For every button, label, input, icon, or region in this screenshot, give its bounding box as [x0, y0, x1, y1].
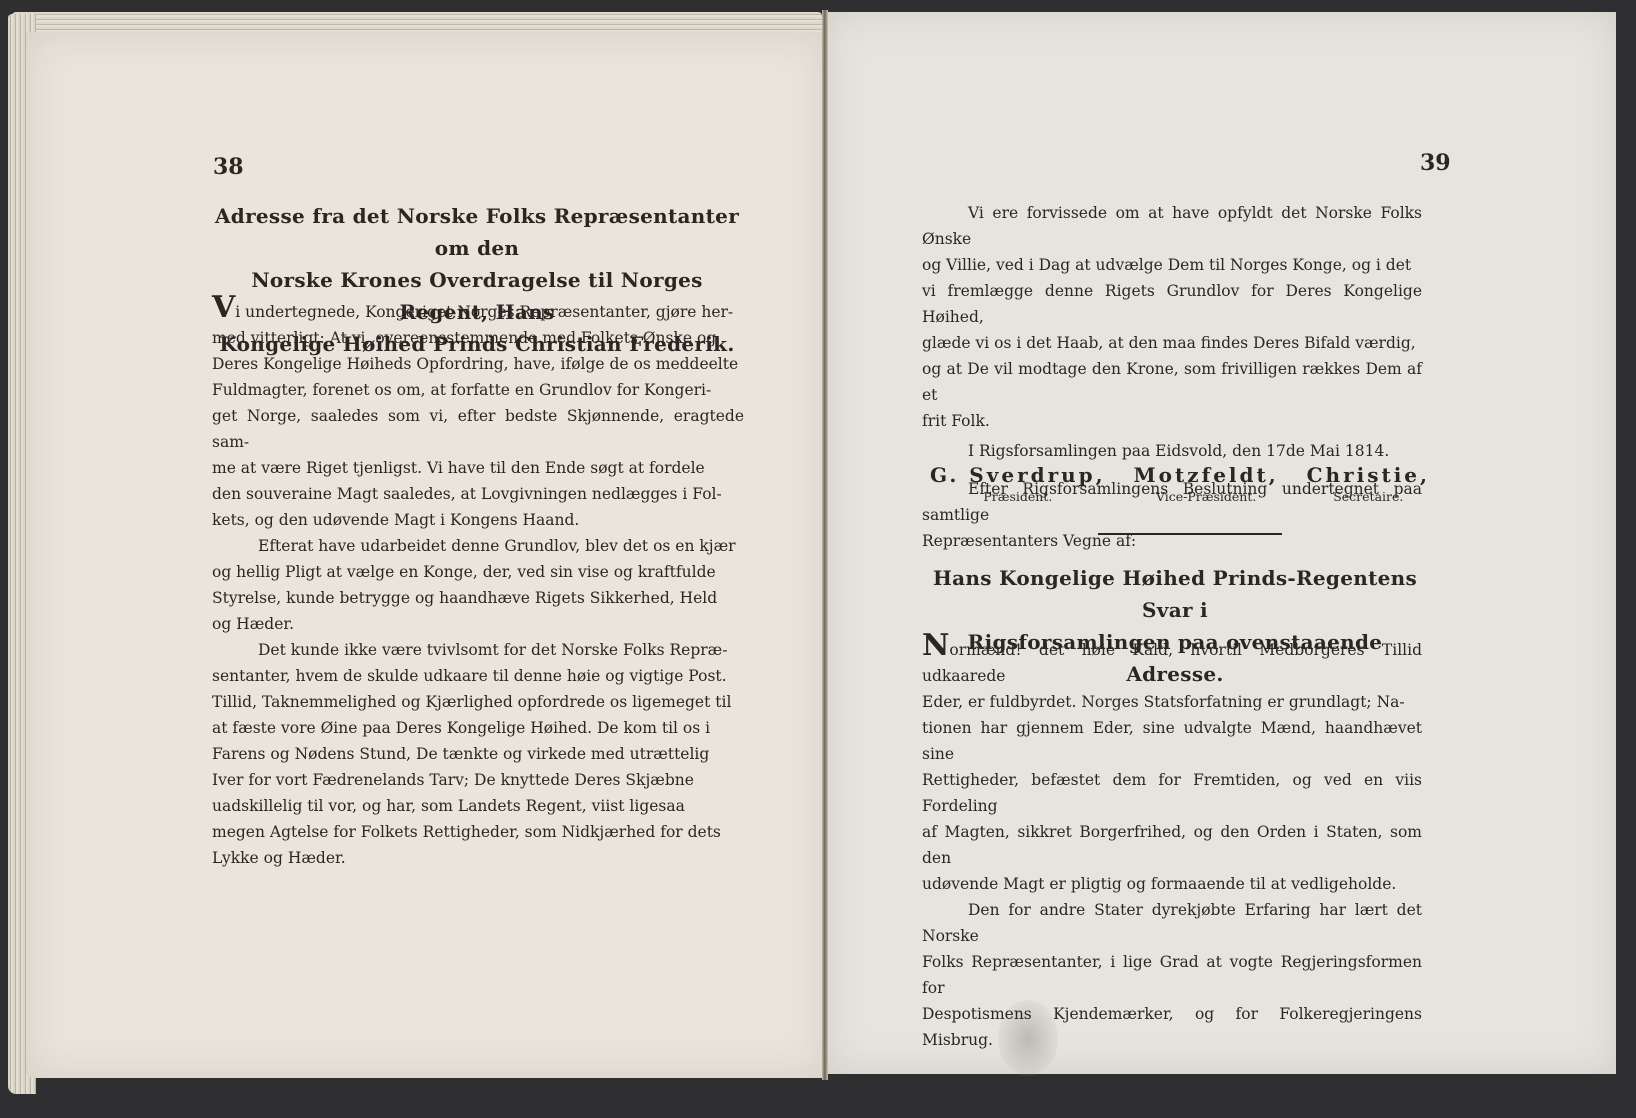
title-line: Hans Kongelige Høihed Prinds-Regentens S…: [920, 562, 1430, 626]
text-line: frit Folk.: [922, 408, 1422, 434]
left-body: Vi undertegnede, Kongeriget Norges Repræ…: [212, 298, 744, 871]
paragraph: Vi undertegnede, Kongeriget Norges Repræ…: [212, 298, 744, 325]
section-divider: [1098, 533, 1282, 535]
text-line: Efterat have udarbeidet denne Grundlov, …: [212, 533, 744, 559]
text-line: Det kunde ikke være tvivlsomt for det No…: [212, 637, 744, 663]
signature: Motzfeldt, Vice-Præsident.: [1134, 462, 1279, 506]
open-book-scan: 38 Adresse fra det Norske Folks Repræsen…: [0, 0, 1636, 1118]
place-date-line: I Rigsforsamlingen paa Eidsvold, den 17d…: [922, 438, 1422, 464]
text-line: med vitterligt: At vi, overeensstemmende…: [212, 325, 744, 351]
page-number-left: 38: [213, 154, 244, 180]
text-line: vi fremlægge denne Rigets Grundlov for D…: [922, 278, 1422, 330]
text-line: af Magten, sikkret Borgerfrihed, og den …: [922, 819, 1422, 871]
text-line: tionen har gjennem Eder, sine udvalgte M…: [922, 715, 1422, 767]
text-line: Deres Kongelige Høiheds Opfordring, have…: [212, 351, 744, 377]
text-line: Fuldmagter, forenet os om, at forfatte e…: [212, 377, 744, 403]
text-line: Lykke og Hæder.: [212, 845, 744, 871]
text-line: den souveraine Magt saaledes, at Lovgivn…: [212, 481, 744, 507]
signature: G. Sverdrup, Præsident.: [930, 462, 1106, 506]
text-line: Den for andre Stater dyrekjøbte Erfaring…: [922, 897, 1422, 949]
text-line: sentanter, hvem de skulde udkaare til de…: [212, 663, 744, 689]
page-number-right: 39: [1420, 150, 1451, 176]
text-line: at fæste vore Øine paa Deres Kongelige H…: [212, 715, 744, 741]
text-line: glæde vi os i det Haab, at den maa finde…: [922, 330, 1422, 356]
dropcap: V: [212, 290, 235, 325]
text-line: Eder, er fuldbyrdet. Norges Statsforfatn…: [922, 689, 1422, 715]
text-line: udøvende Magt er pligtig og formaaende t…: [922, 871, 1422, 897]
text-line: me at være Riget tjenligst. Vi have til …: [212, 455, 744, 481]
text-line: Despotismens Kjendemærker, og for Folker…: [922, 1001, 1422, 1053]
signature: Christie, Secretaire.: [1307, 462, 1430, 506]
text-line: Repræsentanters Vegne af:: [922, 528, 1422, 554]
text-line: og Villie, ved i Dag at udvælge Dem til …: [922, 252, 1422, 278]
text-line: Iver for vort Fædrenelands Tarv; De knyt…: [212, 767, 744, 793]
text-line: og Hæder.: [212, 611, 744, 637]
text-line: get Norge, saaledes som vi, efter bedste…: [212, 403, 744, 455]
paragraph: Normænd! det høie Kald, hvortil Medborge…: [922, 636, 1422, 689]
text-line: Vi ere forvissede om at have opfyldt det…: [922, 200, 1422, 252]
reply-body: Normænd! det høie Kald, hvortil Medborge…: [922, 636, 1422, 1053]
text-line: Styrelse, kunde betrygge og haandhæve Ri…: [212, 585, 744, 611]
text-line: og at De vil modtage den Krone, som friv…: [922, 356, 1422, 408]
text-line: Tillid, Taknemmelighed og Kjærlighed opf…: [212, 689, 744, 715]
text-line: kets, og den udøvende Magt i Kongens Haa…: [212, 507, 744, 533]
dropcap: N: [922, 628, 949, 663]
text-line: uadskillelig til vor, og har, som Landet…: [212, 793, 744, 819]
text-line: Rettigheder, befæstet dem for Fremtiden,…: [922, 767, 1422, 819]
text-line: Folks Repræsentanter, i lige Grad at vog…: [922, 949, 1422, 1001]
title-line: Adresse fra det Norske Folks Repræsentan…: [212, 200, 742, 264]
text-line: og hellig Pligt at vælge en Konge, der, …: [212, 559, 744, 585]
book-gutter: [822, 10, 828, 1080]
text-line: megen Agtelse for Folkets Rettigheder, s…: [212, 819, 744, 845]
text-line: Farens og Nødens Stund, De tænkte og vir…: [212, 741, 744, 767]
signature-block: G. Sverdrup, Præsident. Motzfeldt, Vice-…: [930, 462, 1430, 506]
